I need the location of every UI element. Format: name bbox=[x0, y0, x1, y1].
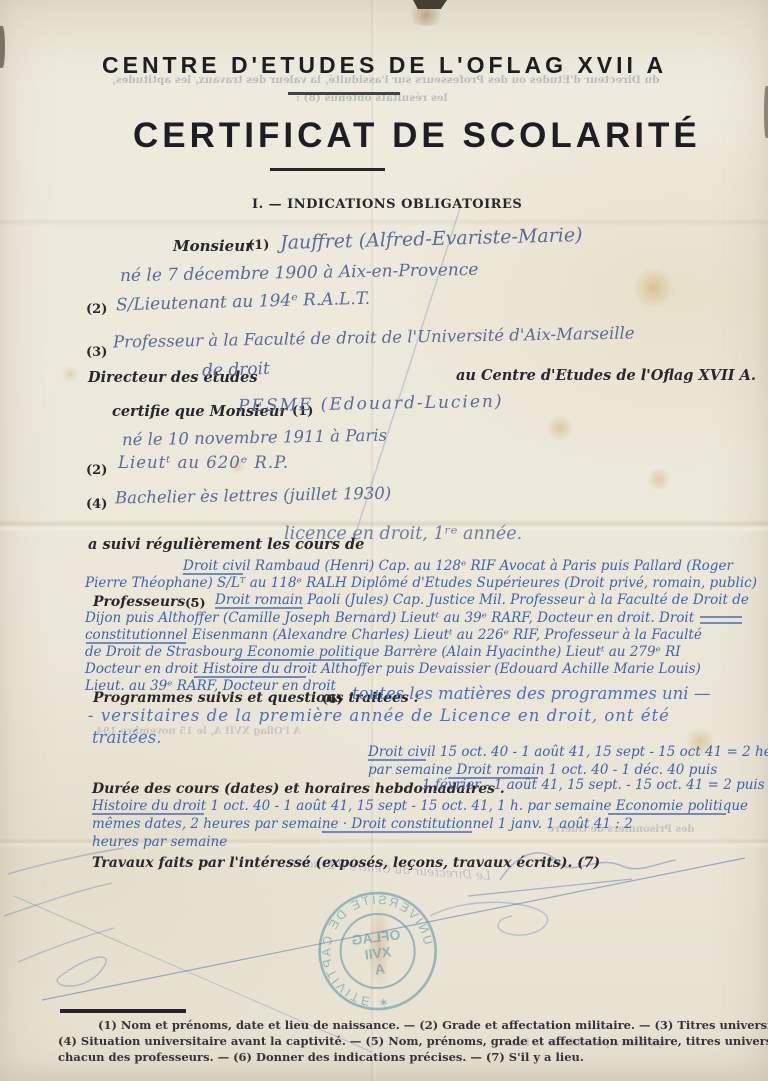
ink-underline bbox=[194, 676, 306, 678]
hw-duree-line: par semaine Droit romain 1 oct. 40 - 1 d… bbox=[368, 762, 717, 778]
hw-student-rank: Lieutᵗ au 620ᵉ R.P. bbox=[118, 453, 289, 472]
footnote-line: (4) Situation universitaire avant la cap… bbox=[58, 1034, 768, 1048]
hw-professors-line: constitutionnel Eisenmann (Alexandre Cha… bbox=[85, 627, 702, 643]
footnote-rule bbox=[60, 1009, 186, 1013]
hw-professors-line: Docteur en droit Histoire du droit Altho… bbox=[85, 661, 701, 677]
ink-underline bbox=[232, 659, 357, 661]
hw-courses: licence en droit, 1ʳᵉ année. bbox=[284, 524, 522, 544]
footnote-ref-2b: (2) bbox=[86, 463, 107, 478]
section-heading: I. — INDICATIONS OBLIGATOIRES bbox=[252, 197, 522, 212]
footnote-ref-5: (5) bbox=[185, 595, 206, 610]
hw-programmes-line: - versitaires de la première année de Li… bbox=[88, 706, 670, 725]
hw-duree-line: heures par semaine bbox=[92, 834, 227, 850]
paper-stain bbox=[632, 268, 676, 308]
ink-underline bbox=[86, 642, 186, 644]
label-monsieur: Monsieur bbox=[173, 237, 253, 255]
label-au-centre: au Centre d'Etudes de l'Oflag XVII A. bbox=[456, 367, 756, 384]
hw-professors-line: Dijon puis Althoffer (Camille Joseph Ber… bbox=[85, 610, 694, 626]
footnote-ref-1: (1) bbox=[248, 238, 269, 253]
ink-underline bbox=[322, 831, 472, 833]
document-title: CERTIFICAT DE SCOLARITÉ bbox=[133, 116, 701, 156]
hw-duree-line: 1 février - 1 août 41, 15 sept. - 15 oct… bbox=[422, 777, 768, 793]
ink-underline bbox=[183, 573, 243, 575]
hw-holder-name: Jauffret (Alfred-Evariste-Marie) bbox=[280, 224, 583, 254]
paper-stain bbox=[646, 468, 672, 490]
header-rule bbox=[288, 92, 400, 95]
hw-professors-line: Pierre Théophane) S/Lᵀ au 118ᵉ RALH Dipl… bbox=[85, 575, 757, 591]
paper-stain bbox=[60, 366, 80, 382]
scan-edge-mark bbox=[0, 26, 5, 68]
label-travaux: Travaux faits par l'intéressé (exposés, … bbox=[92, 855, 600, 871]
paper-stain bbox=[545, 415, 575, 441]
hw-programmes-line: toutes les matières des programmes uni — bbox=[352, 684, 710, 703]
ink-underline bbox=[92, 813, 204, 815]
hw-professors-line: Droit romain Paoli (Jules) Cap. Justice … bbox=[215, 592, 749, 608]
ink-underline bbox=[368, 759, 426, 761]
footnote-line: (1) Nom et prénoms, date et lieu de nais… bbox=[98, 1018, 768, 1032]
scan-edge-mark bbox=[764, 86, 768, 138]
hw-subject: de droit bbox=[202, 359, 271, 381]
hw-student-birth: né le 10 novembre 1911 à Paris bbox=[122, 426, 387, 450]
hw-student-name: PESME (Edouard-Lucien) bbox=[238, 392, 504, 417]
certificate-page: du Directeur d'Etudes ou des Professeurs… bbox=[0, 0, 768, 1081]
hw-professors-line: de Droit de Strasbourg Economie politiqu… bbox=[85, 644, 681, 660]
footnote-ref-2: (2) bbox=[86, 302, 107, 317]
title-underline bbox=[270, 168, 385, 171]
stamp-center-line: XVII bbox=[364, 943, 392, 962]
hw-holder-birth: né le 7 décembre 1900 à Aix-en-Provence bbox=[120, 260, 479, 286]
footnote-ref-3: (3) bbox=[86, 345, 107, 360]
hw-student-degree: Bachelier ès lettres (juillet 1930) bbox=[115, 484, 392, 508]
hw-duree-line: Histoire du droit 1 oct. 40 - 1 août 41,… bbox=[92, 798, 748, 814]
ink-underline bbox=[448, 777, 538, 779]
stamp-center-line: A bbox=[374, 960, 386, 977]
fold-crease bbox=[0, 218, 768, 226]
hw-duree-line: Droit civil 15 oct. 40 - 1 août 41, 15 s… bbox=[368, 744, 768, 760]
hw-professors-line: Droit civil Rambaud (Henri) Cap. au 128ᵉ… bbox=[183, 558, 733, 574]
hw-duree-line: mêmes dates, 2 heures par semaine · Droi… bbox=[92, 816, 633, 832]
ink-underline bbox=[608, 813, 726, 815]
org-header: CENTRE D'ETUDES DE L'OFLAG XVII A bbox=[102, 52, 667, 79]
ink-underline bbox=[215, 607, 303, 609]
ink-underline bbox=[700, 622, 742, 624]
hw-programmes-line: traitées. bbox=[92, 728, 162, 747]
footnote-line: chacun des professeurs. — (6) Donner des… bbox=[58, 1050, 584, 1064]
label-professeurs: Professeurs : bbox=[93, 594, 195, 610]
ink-strikethrough bbox=[700, 616, 742, 618]
hw-holder-rank: S/Lieutenant au 194ᵉ R.A.L.T. bbox=[116, 289, 370, 316]
footnote-ref-6: (6) bbox=[322, 691, 343, 706]
footnote-ref-4: (4) bbox=[86, 497, 107, 512]
